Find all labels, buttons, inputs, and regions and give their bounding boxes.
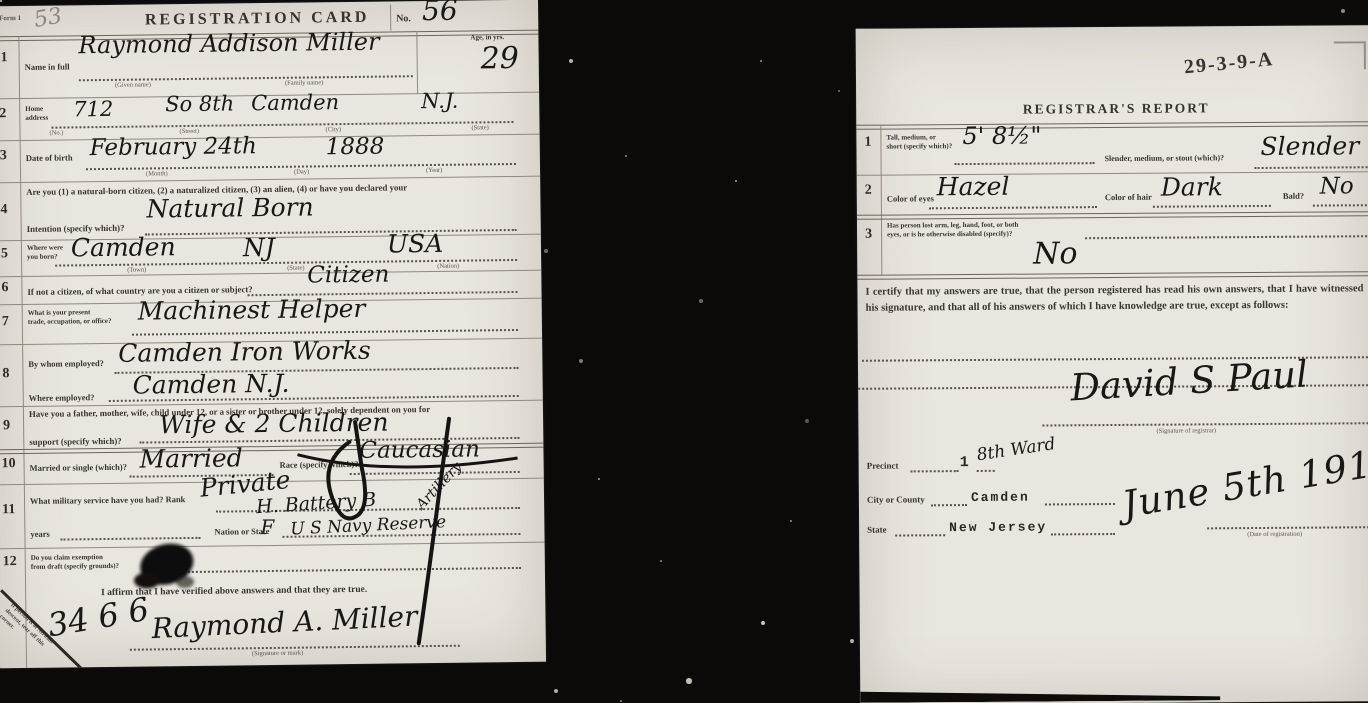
registrar-signature: David S Paul — [1069, 355, 1309, 406]
pen-loop-flourish — [328, 422, 366, 519]
registrar-signature-sublabel: (Signature of registrar) — [1156, 427, 1216, 434]
state-label: State — [867, 525, 887, 535]
precinct-ward-hand: 8th Ward — [976, 436, 1057, 464]
ink-blot — [133, 538, 198, 591]
disability-label2: eyes, or is he otherwise disabled (speci… — [887, 230, 1012, 239]
height-value: 5' 8½" — [962, 124, 1041, 149]
film-dust-specks — [0, 0, 2, 2]
report-row3-number: 3 — [865, 227, 872, 243]
report-row2-number: 2 — [865, 183, 872, 199]
ink-marks-overlay — [0, 0, 546, 668]
stamp-box-corner-mark — [1334, 41, 1366, 69]
stamp-serial-code: 29-3-9-A — [1183, 48, 1275, 79]
registration-date-hand: June 5th 1917 — [1120, 442, 1368, 524]
report-title: REGISTRAR'S REPORT — [956, 100, 1276, 118]
registration-date-sublabel: (Date of registration) — [1247, 531, 1302, 538]
hair-color-value: Dark — [1161, 174, 1223, 199]
precinct-value: 1 — [960, 454, 970, 471]
height-label2: short (specify which)? — [886, 142, 952, 151]
height-label1: Tall, medium, or — [886, 133, 936, 141]
scan-shadow-wedge — [860, 687, 1220, 703]
eye-color-label: Color of eyes — [887, 194, 934, 204]
long-pen-stroke — [416, 419, 452, 643]
city-county-label: City or County — [867, 494, 925, 505]
state-value: New Jersey — [949, 519, 1047, 535]
build-label: Slender, medium, or stout (which)? — [1105, 153, 1225, 163]
bald-value: No — [1320, 175, 1354, 198]
city-county-value: Camden — [971, 490, 1030, 505]
corner-diagonal-line — [1, 589, 112, 668]
bald-label: Bald? — [1283, 192, 1304, 202]
registrar-certification-text: I certify that my answers are true, that… — [865, 281, 1363, 317]
build-value: Slender — [1260, 133, 1359, 159]
registration-card: Form 1 53 REGISTRATION CARD No. 56 1 Nam… — [0, 0, 546, 668]
eye-color-value: Hazel — [937, 174, 1010, 200]
report-row1-number: 1 — [864, 135, 871, 151]
registrars-report-card: 29-3-9-A REGISTRAR'S REPORT 1 Tall, medi… — [856, 25, 1368, 703]
disability-label1: Has person lost arm, leg, hand, foot, or… — [887, 221, 1018, 230]
hair-color-label: Color of hair — [1105, 193, 1152, 203]
precinct-label: Precinct — [867, 461, 899, 472]
disability-answer: No — [1033, 239, 1078, 269]
